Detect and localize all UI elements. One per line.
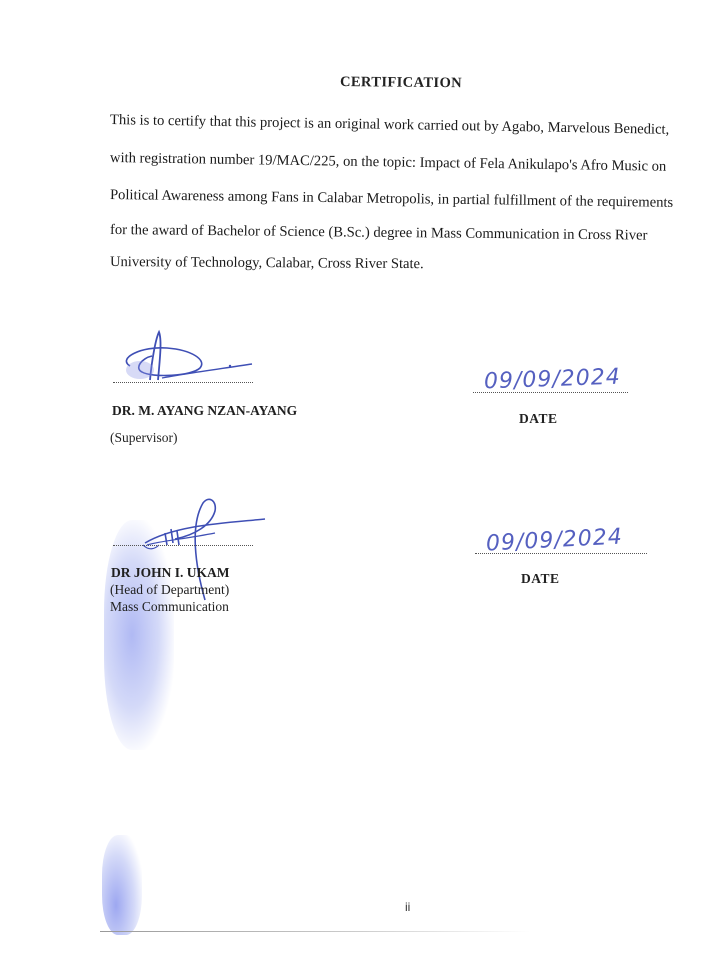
scan-edge-line [100, 931, 530, 932]
supervisor-date-label: DATE [519, 411, 558, 427]
page-number: ii [405, 900, 410, 914]
supervisor-name: DR. M. AYANG NZAN-AYANG [112, 403, 297, 419]
supervisor-date-handwritten: 09/09/2024 [484, 365, 622, 395]
hod-name: DR JOHN I. UKAM [111, 565, 230, 581]
hod-department: Mass Communication [110, 599, 229, 615]
body-line-3: Political Awareness among Fans in Calaba… [110, 185, 700, 213]
supervisor-date-line [473, 392, 628, 393]
hod-role: (Head of Department) [110, 582, 229, 598]
body-line-4: for the award of Bachelor of Science (B.… [110, 220, 700, 246]
supervisor-role: (Supervisor) [110, 430, 178, 446]
supervisor-signature-line [113, 382, 253, 383]
scan-stain-lower [102, 835, 142, 935]
page-title: CERTIFICATION [340, 74, 462, 92]
hod-signature-line [113, 545, 253, 546]
signature-icon [112, 328, 262, 388]
body-line-1: This is to certify that this project is … [110, 110, 700, 140]
hod-date-label: DATE [521, 571, 560, 587]
hod-date-handwritten: 09/09/2024 [485, 524, 623, 556]
body-line-5: University of Technology, Calabar, Cross… [110, 252, 700, 276]
hod-date-line [475, 553, 647, 554]
certification-page: CERTIFICATION This is to certify that th… [0, 0, 720, 972]
body-line-2: with registration number 19/MAC/225, on … [110, 148, 700, 177]
